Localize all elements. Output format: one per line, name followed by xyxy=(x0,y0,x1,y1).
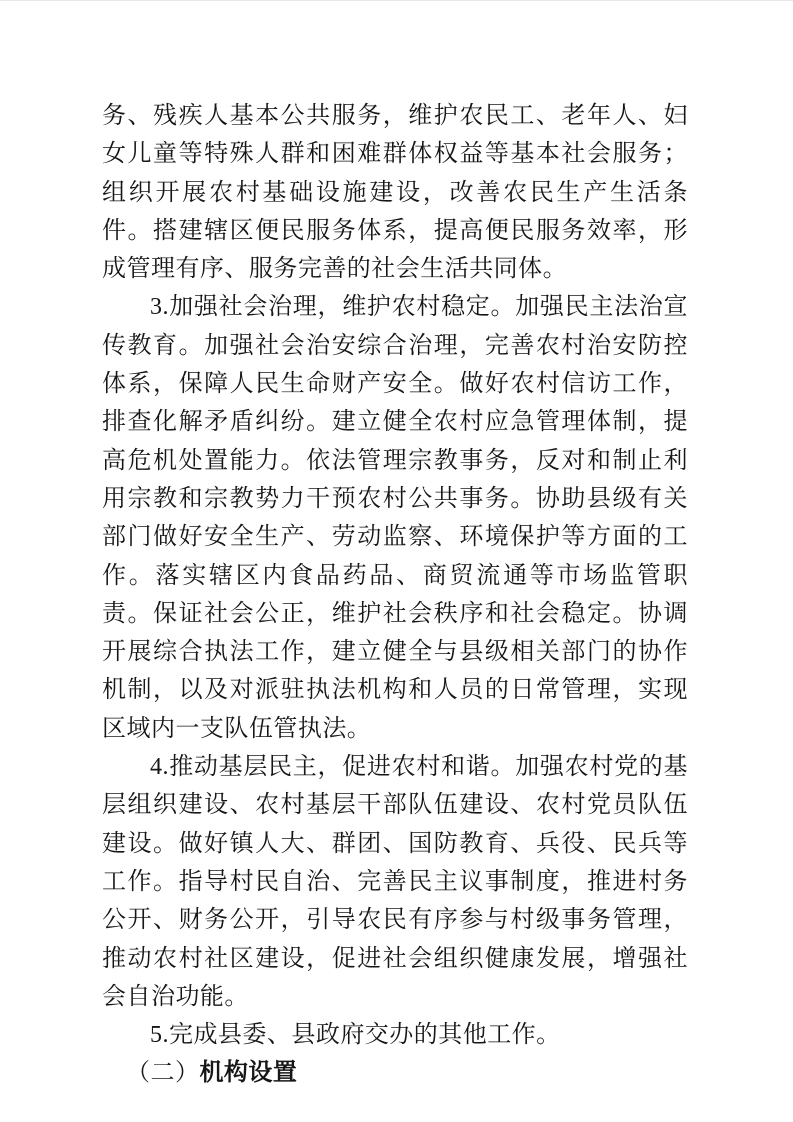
paragraph-item-4-grassroots-democracy: 4.推动基层民主，促进农村和谐。加强农村党的基层组织建设、农村基层干部队伍建设、… xyxy=(102,748,688,1016)
paragraph-duties-continuation: 务、残疾人基本公共服务，维护农民工、老年人、妇女儿童等特殊人群和困难群体权益等基… xyxy=(102,97,688,288)
section-heading-number: （二） xyxy=(126,1060,199,1086)
section-heading-title: 机构设置 xyxy=(199,1060,297,1086)
section-heading-organization-setup: （二）机构设置 xyxy=(102,1054,688,1092)
document-text-block: 务、残疾人基本公共服务，维护农民工、老年人、妇女儿童等特殊人群和困难群体权益等基… xyxy=(102,97,688,1093)
paragraph-item-3-social-governance: 3.加强社会治理，维护农村稳定。加强民主法治宣传教育。加强社会治安综合治理，完善… xyxy=(102,288,688,748)
document-page: 务、残疾人基本公共服务，维护农民工、老年人、妇女儿童等特殊人群和困难群体权益等基… xyxy=(0,0,793,1122)
paragraph-item-5-other-tasks: 5.完成县委、县政府交办的其他工作。 xyxy=(102,1016,688,1054)
